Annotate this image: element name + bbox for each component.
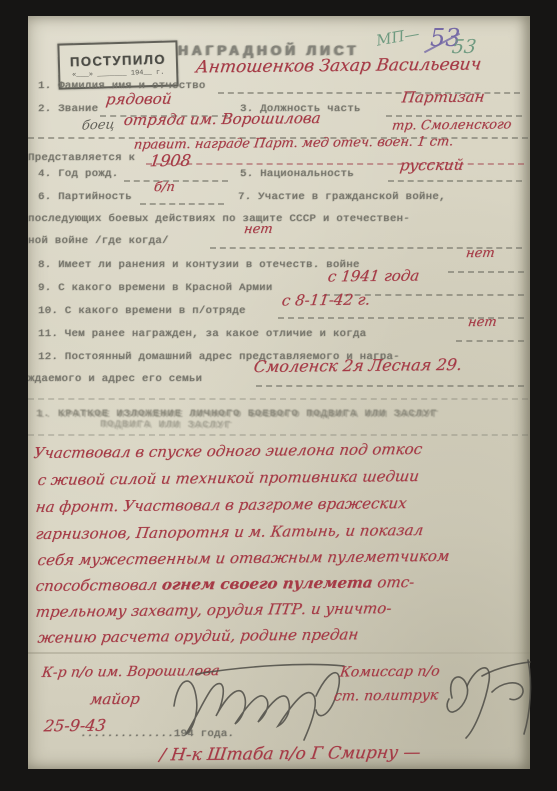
field-label-address-2: ждаемого и адрес его семьи: [28, 373, 202, 385]
citation-line-1: Участвовал в спуске одного эшелона под о…: [33, 440, 424, 462]
citation-line-6-bold: огнем своего пулемета: [161, 573, 374, 593]
corner-green-mark: МП—: [375, 24, 421, 49]
field-value-wounds: нет: [465, 246, 496, 261]
pencil-note-boets: боец: [81, 117, 116, 133]
typed-year-line: ..............194 года.: [80, 728, 234, 740]
section-heading-blurred: 1. КРАТКОЕ ИЗЛОЖЕНИЕ ЛИЧНОГО БОЕВОГО ПОД…: [36, 408, 438, 420]
signature-right-role-2: ст. политрук: [333, 687, 439, 704]
dash-fill: [124, 180, 228, 182]
received-stamp-date-line: «___» _______ 194__ г.: [72, 68, 165, 79]
field-label-war-participation: 7. Участие в гражданской войне,: [238, 191, 446, 203]
field-value-army-since: с 1941 года: [327, 267, 421, 286]
citation-line-5: себя мужественным и отважным пулеметчико…: [37, 547, 451, 569]
received-stamp-title: ПОСТУПИЛО: [70, 51, 166, 69]
dash-fill: [28, 434, 528, 436]
citation-line-6c: отс-: [372, 573, 416, 591]
field-label-war-participation-2: последующих боевых действиях по защите С…: [28, 213, 410, 225]
field-label-detachment-since: 10. С какого времени в п/отряде: [38, 305, 246, 317]
field-label-previous-awards: 11. Чем ранее награжден, за какое отличи…: [38, 328, 366, 340]
section-heading-blurred-ghost: ПОДВИГА ИЛИ ЗАСЛУГ: [100, 419, 232, 432]
citation-line-6: способствовал огнем своего пулемета отс-: [35, 573, 416, 595]
field-value-nationality: русский: [399, 156, 465, 175]
dash-fill: [256, 385, 524, 387]
dash-fill: [456, 340, 524, 342]
field-value-position: Партизан: [401, 88, 486, 107]
field-value-party: б/п: [153, 180, 176, 195]
citation-line-4: гарнизонов, Папоротня и м. Катынь, и пок…: [35, 521, 425, 543]
field-value-name: Антошенков Захар Васильевич: [194, 55, 482, 78]
field-label-army-since: 9. С какого времени в Красной Армии: [38, 282, 273, 294]
field-label-recommended: Представляется к: [28, 152, 135, 164]
signature-right-role-1: Комиссар п/о: [339, 663, 441, 680]
field-label-nationality: 5. Национальность: [240, 168, 354, 180]
chief-of-staff-line: / Н-к Штаба п/о Г Смирну —: [159, 743, 422, 766]
field-value-war-participation: нет: [243, 222, 274, 237]
signature-left-role-2: майор: [89, 690, 141, 709]
citation-line-6a: способствовал: [35, 576, 164, 595]
field-value-rank: рядовой: [105, 90, 173, 109]
commissar-pencil-signature: [430, 640, 542, 744]
citation-line-7: трельному захвату, орудия ПТР. и уничто-: [35, 599, 393, 621]
field-value-brigade: тр. Смоленского: [391, 117, 512, 133]
field-value-detachment-since: с 8-11-42 г.: [281, 291, 372, 310]
citation-line-2: с живой силой и техникой противника шедш…: [37, 467, 421, 489]
field-label-wounds: 8. Имеет ли ранения и контузии в отечест…: [38, 259, 360, 271]
field-value-birth-year: 1908: [149, 151, 192, 170]
scanned-award-sheet: ПОСТУПИЛО «___» _______ 194__ г. НАГРАДН…: [28, 16, 530, 769]
field-label-birth-year: 4. Год рожд.: [38, 168, 118, 180]
field-value-address: Смоленск 2я Лесная 29.: [253, 355, 464, 376]
citation-line-3: на фронт. Участвовал в разгроме вражески…: [35, 494, 408, 516]
dash-fill: [388, 180, 522, 182]
dash-fill: [448, 271, 524, 273]
field-label-war-participation-3: ной войне /где когда/: [28, 235, 169, 247]
field-label-rank: 2. Звание: [38, 103, 98, 115]
field-label-party: 6. Партийность: [38, 191, 132, 203]
field-value-unit: отряда им. Ворошилова: [123, 109, 322, 129]
dash-fill: [140, 203, 224, 205]
dash-fill: [146, 163, 524, 165]
field-value-previous-awards: нет: [467, 315, 498, 330]
dash-fill: [28, 398, 528, 400]
